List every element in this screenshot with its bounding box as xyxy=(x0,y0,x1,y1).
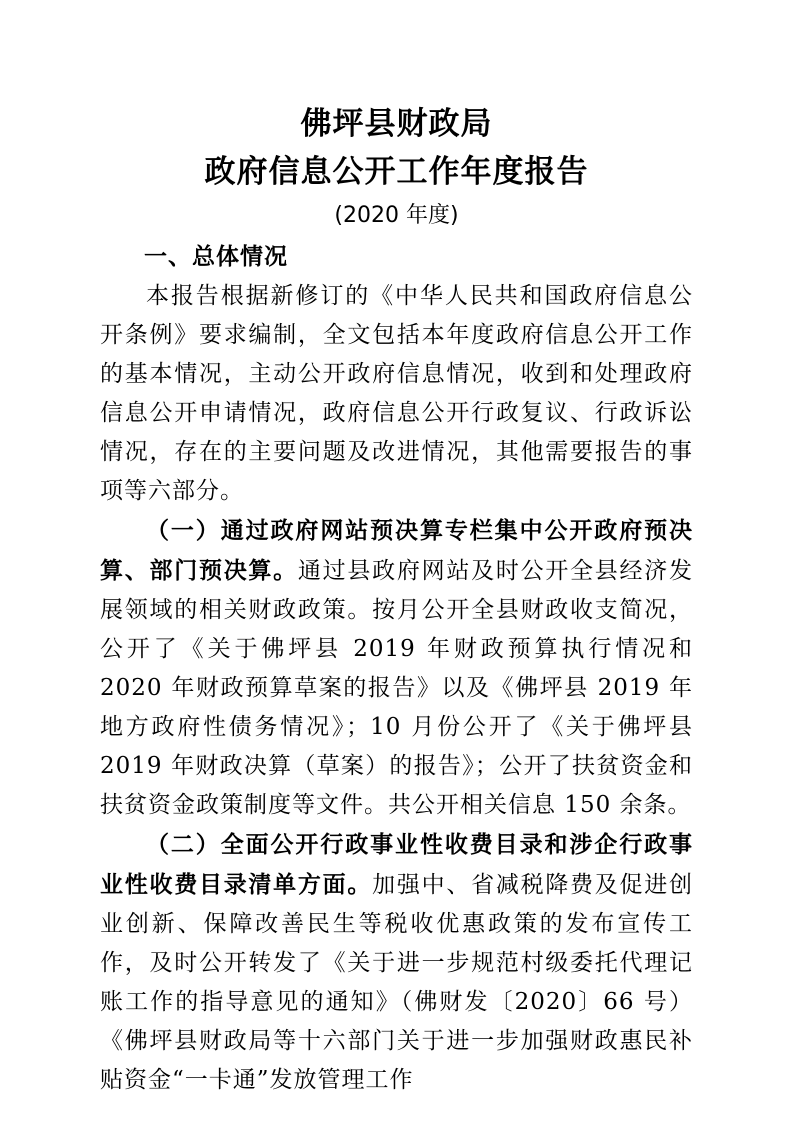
paragraph-text: 加强中、省减税降费及促进创业创新、保障改善民生等税收优惠政策的发布宣传工作，及时… xyxy=(100,872,693,1093)
document-subtitle-year: (2020 年度) xyxy=(100,198,693,234)
paragraph-text: 通过县政府网站及时公开全县经济发展领域的相关财政政策。按月公开全县财政收支简况，… xyxy=(100,558,693,818)
document-page: 佛坪县财政局 政府信息公开工作年度报告 (2020 年度) 一、总体情况 本报告… xyxy=(0,0,793,1122)
paragraph-intro: 本报告根据新修订的《中华人民共和国政府信息公开条例》要求编制，全文包括本年度政府… xyxy=(100,277,693,511)
document-title-line2: 政府信息公开工作年度报告 xyxy=(100,148,693,196)
paragraph-item-1: （一）通过政府网站预决算专栏集中公开政府预决算、部门预决算。通过县政府网站及时公… xyxy=(100,511,693,825)
paragraph-item-2: （二）全面公开行政事业性收费目录和涉企行政事业性收费目录清单方面。加强中、省减税… xyxy=(100,825,693,1100)
document-title-line1: 佛坪县财政局 xyxy=(100,100,693,148)
section-heading-overview: 一、总体情况 xyxy=(100,238,693,277)
paragraph-text: 本报告根据新修订的《中华人民共和国政府信息公开条例》要求编制，全文包括本年度政府… xyxy=(100,283,693,504)
